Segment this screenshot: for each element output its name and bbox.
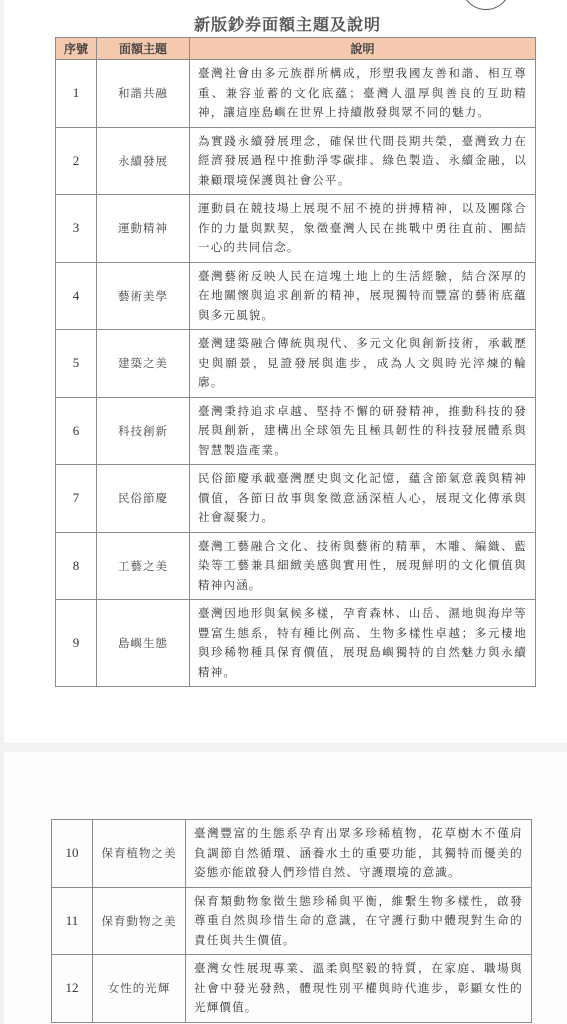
row-description: 臺灣秉持追求卓越、堅持不懈的研發精神，推動科技的發展與創新，建構出全球領先且極具…: [190, 397, 536, 465]
header-theme: 面額主題: [97, 38, 190, 60]
row-theme: 女性的光輝: [93, 955, 186, 1023]
table-row: 7民俗節慶民俗節慶承載臺灣歷史與文化記憶，蘊含節氣意義與精神價值，各節日故事與象…: [56, 465, 536, 533]
table-row: 12女性的光輝臺灣女性展現專業、溫柔與堅毅的特質，在家庭、職場與社會中發光發熱，…: [52, 955, 532, 1023]
row-theme: 運動精神: [97, 195, 190, 263]
row-description: 運動員在競技場上展現不屈不撓的拼搏精神，以及團隊合作的力量與默契，象徵臺灣人民在…: [190, 195, 536, 263]
table-row: 8工藝之美臺灣工藝融合文化、技術與藝術的精華，木雕、編織、藍染等工藝兼具細緻美感…: [56, 532, 536, 600]
circle-button[interactable]: [461, 0, 511, 10]
row-description: 民俗節慶承載臺灣歷史與文化記憶，蘊含節氣意義與精神價值，各節日故事與象徵意涵深植…: [190, 465, 536, 533]
table-row: 6科技創新臺灣秉持追求卓越、堅持不懈的研發精神，推動科技的發展與創新，建構出全球…: [56, 397, 536, 465]
row-number: 5: [56, 330, 97, 398]
table-header-row: 序號 面額主題 說明: [56, 38, 536, 60]
header-number: 序號: [56, 38, 97, 60]
table-row: 10保育植物之美臺灣豐富的生態系孕育出眾多珍稀植物，花草樹木不僅肩負調節自然循環…: [52, 820, 532, 888]
document-title: 新版鈔券面額主題及說明: [4, 12, 567, 35]
row-number: 10: [52, 820, 93, 888]
denomination-table: 序號 面額主題 說明 1和諧共融臺灣社會由多元族群所構成，形塑我國友善和諧、相互…: [55, 37, 536, 687]
row-number: 9: [56, 600, 97, 687]
row-number: 4: [56, 262, 97, 330]
row-theme: 永續發展: [97, 127, 190, 195]
document-page-1: 新版鈔券面額主題及說明 序號 面額主題 說明 1和諧共融臺灣社會由多元族群所構成…: [4, 0, 567, 743]
row-number: 8: [56, 532, 97, 600]
row-number: 1: [56, 60, 97, 128]
row-theme: 保育植物之美: [93, 820, 186, 888]
denomination-table-continued: 10保育植物之美臺灣豐富的生態系孕育出眾多珍稀植物，花草樹木不僅肩負調節自然循環…: [51, 819, 532, 1023]
row-number: 6: [56, 397, 97, 465]
table-row: 5建築之美臺灣建築融合傳統與現代、多元文化與創新技術，承載歷史與願景，見證發展與…: [56, 330, 536, 398]
row-description: 臺灣工藝融合文化、技術與藝術的精華，木雕、編織、藍染等工藝兼具細緻美感與實用性，…: [190, 532, 536, 600]
table-row: 2永續發展為實踐永續發展理念，確保世代間長期共榮，臺灣致力在經濟發展過程中推動淨…: [56, 127, 536, 195]
table-row: 3運動精神運動員在競技場上展現不屈不撓的拼搏精神，以及團隊合作的力量與默契，象徵…: [56, 195, 536, 263]
row-theme: 島嶼生態: [97, 600, 190, 687]
row-description: 臺灣建築融合傳統與現代、多元文化與創新技術，承載歷史與願景，見證發展與進步，成為…: [190, 330, 536, 398]
header-description: 說明: [190, 38, 536, 60]
table-row: 9島嶼生態臺灣因地形與氣候多樣，孕育森林、山岳、濕地與海岸等豐富生態系，特有種比…: [56, 600, 536, 687]
row-description: 保育類動物象徵生態珍稀與平衡，維繫生物多樣性，啟發尊重自然與珍惜生命的意識，在守…: [186, 887, 532, 955]
row-description: 臺灣豐富的生態系孕育出眾多珍稀植物，花草樹木不僅肩負調節自然循環、涵養水土的重要…: [186, 820, 532, 888]
row-theme: 建築之美: [97, 330, 190, 398]
row-theme: 保育動物之美: [93, 887, 186, 955]
row-description: 臺灣女性展現專業、溫柔與堅毅的特質，在家庭、職場與社會中發光發熱，體現性別平權與…: [186, 955, 532, 1023]
table-row: 4藝術美學臺灣藝術反映人民在這塊土地上的生活經驗，結合深厚的在地關懷與追求創新的…: [56, 262, 536, 330]
row-description: 臺灣藝術反映人民在這塊土地上的生活經驗，結合深厚的在地關懷與追求創新的精神，展現…: [190, 262, 536, 330]
row-theme: 科技創新: [97, 397, 190, 465]
row-number: 3: [56, 195, 97, 263]
row-number: 7: [56, 465, 97, 533]
row-theme: 工藝之美: [97, 532, 190, 600]
row-theme: 藝術美學: [97, 262, 190, 330]
row-theme: 和諧共融: [97, 60, 190, 128]
row-number: 12: [52, 955, 93, 1023]
table-row: 11保育動物之美保育類動物象徵生態珍稀與平衡，維繫生物多樣性，啟發尊重自然與珍惜…: [52, 887, 532, 955]
row-number: 2: [56, 127, 97, 195]
row-description: 為實踐永續發展理念，確保世代間長期共榮，臺灣致力在經濟發展過程中推動淨零碳排、綠…: [190, 127, 536, 195]
row-number: 11: [52, 887, 93, 955]
row-description: 臺灣社會由多元族群所構成，形塑我國友善和諧、相互尊重、兼容並蓄的文化底蘊；臺灣人…: [190, 60, 536, 128]
row-theme: 民俗節慶: [97, 465, 190, 533]
row-description: 臺灣因地形與氣候多樣，孕育森林、山岳、濕地與海岸等豐富生態系，特有種比例高、生物…: [190, 600, 536, 687]
table-row: 1和諧共融臺灣社會由多元族群所構成，形塑我國友善和諧、相互尊重、兼容並蓄的文化底…: [56, 60, 536, 128]
